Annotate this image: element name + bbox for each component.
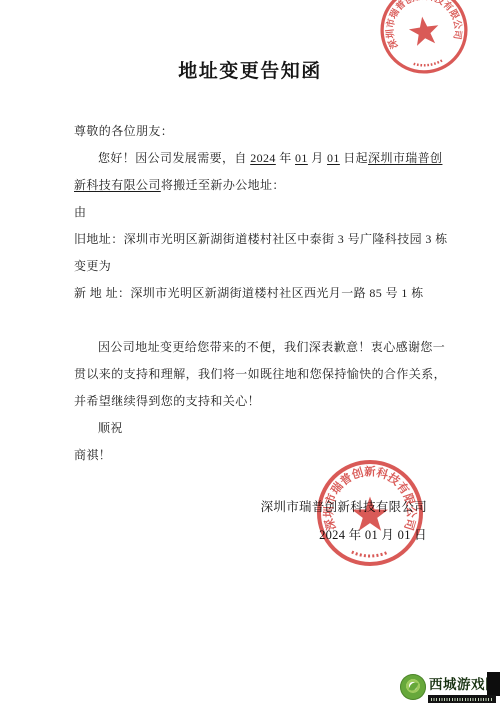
body-line: 并希望继续得到您的支持和关心！ bbox=[74, 388, 434, 415]
text-run: 将搬迁至新办公地址： bbox=[161, 178, 285, 192]
seal-star-icon bbox=[352, 497, 388, 531]
company-seal-top: 深圳市瑞普创新科技有限公司 bbox=[372, 0, 476, 82]
body-line: 旧地址：深圳市光明区新湖街道楼村社区中泰街 3 号广隆科技园 3 栋 bbox=[74, 226, 434, 253]
body-line: 因公司地址变更给您带来的不便，我们深表歉意！衷心感谢您一 bbox=[74, 334, 434, 361]
text-run: 新 地 址：深圳市光明区新湖街道楼村社区西光月一路 85 号 1 栋 bbox=[74, 286, 424, 300]
blank-line bbox=[74, 307, 434, 334]
text-run: 贯以来的支持和理解，我们将一如既往地和您保持愉快的合作关系， bbox=[74, 367, 446, 381]
body-line: 新科技有限公司将搬迁至新办公地址： bbox=[74, 172, 434, 199]
body-line: 顺祝 bbox=[74, 415, 434, 442]
underlined-text: 01 bbox=[327, 151, 340, 165]
seal-star-icon bbox=[407, 15, 440, 47]
letter-body: 尊敬的各位朋友：您好！因公司发展需要，自 2024 年 01 月 01 日起深圳… bbox=[74, 118, 434, 469]
text-run: 顺祝 bbox=[98, 421, 123, 435]
company-seal: 深圳市瑞普创新科技有限公司 bbox=[314, 457, 426, 569]
text-run: 变更为 bbox=[74, 259, 111, 273]
body-line: 变更为 bbox=[74, 253, 434, 280]
body-line: 由 bbox=[74, 199, 434, 226]
site-watermark[interactable]: 西城游戏网 bbox=[398, 669, 500, 707]
text-run: 年 bbox=[276, 151, 295, 165]
text-run: 商祺！ bbox=[74, 448, 111, 462]
text-run: 旧地址：深圳市光明区新湖街道楼村社区中泰街 3 号广隆科技园 3 栋 bbox=[74, 232, 448, 246]
underlined-text: 新科技有限公司 bbox=[74, 178, 161, 192]
text-run: 由 bbox=[74, 205, 86, 219]
letter-page: 地址变更告知函 尊敬的各位朋友：您好！因公司发展需要，自 2024 年 01 月… bbox=[0, 0, 500, 707]
underlined-text: 深圳市瑞普创 bbox=[368, 151, 442, 165]
underlined-text: 2024 bbox=[250, 151, 276, 165]
watermark-tagline-strip bbox=[428, 695, 496, 703]
watermark-leaf-badge-icon bbox=[400, 674, 426, 700]
seal-serial-marks bbox=[414, 60, 444, 67]
body-line: 新 地 址：深圳市光明区新湖街道楼村社区西光月一路 85 号 1 栋 bbox=[74, 280, 434, 307]
body-line: 尊敬的各位朋友： bbox=[74, 118, 434, 145]
text-run: 并希望继续得到您的支持和关心！ bbox=[74, 394, 260, 408]
text-run: 日起 bbox=[340, 151, 368, 165]
text-run: 因公司地址变更给您带来的不便，我们深表歉意！衷心感谢您一 bbox=[98, 340, 445, 354]
body-line: 您好！因公司发展需要，自 2024 年 01 月 01 日起深圳市瑞普创 bbox=[74, 145, 434, 172]
body-line: 贯以来的支持和理解，我们将一如既往地和您保持愉快的合作关系， bbox=[74, 361, 434, 388]
text-run: 尊敬的各位朋友： bbox=[74, 124, 173, 138]
underlined-text: 01 bbox=[295, 151, 308, 165]
seal-serial-marks bbox=[352, 552, 388, 556]
text-run: 您好！因公司发展需要，自 bbox=[98, 151, 250, 165]
text-run: 月 bbox=[308, 151, 327, 165]
watermark-dark-block bbox=[487, 672, 500, 696]
